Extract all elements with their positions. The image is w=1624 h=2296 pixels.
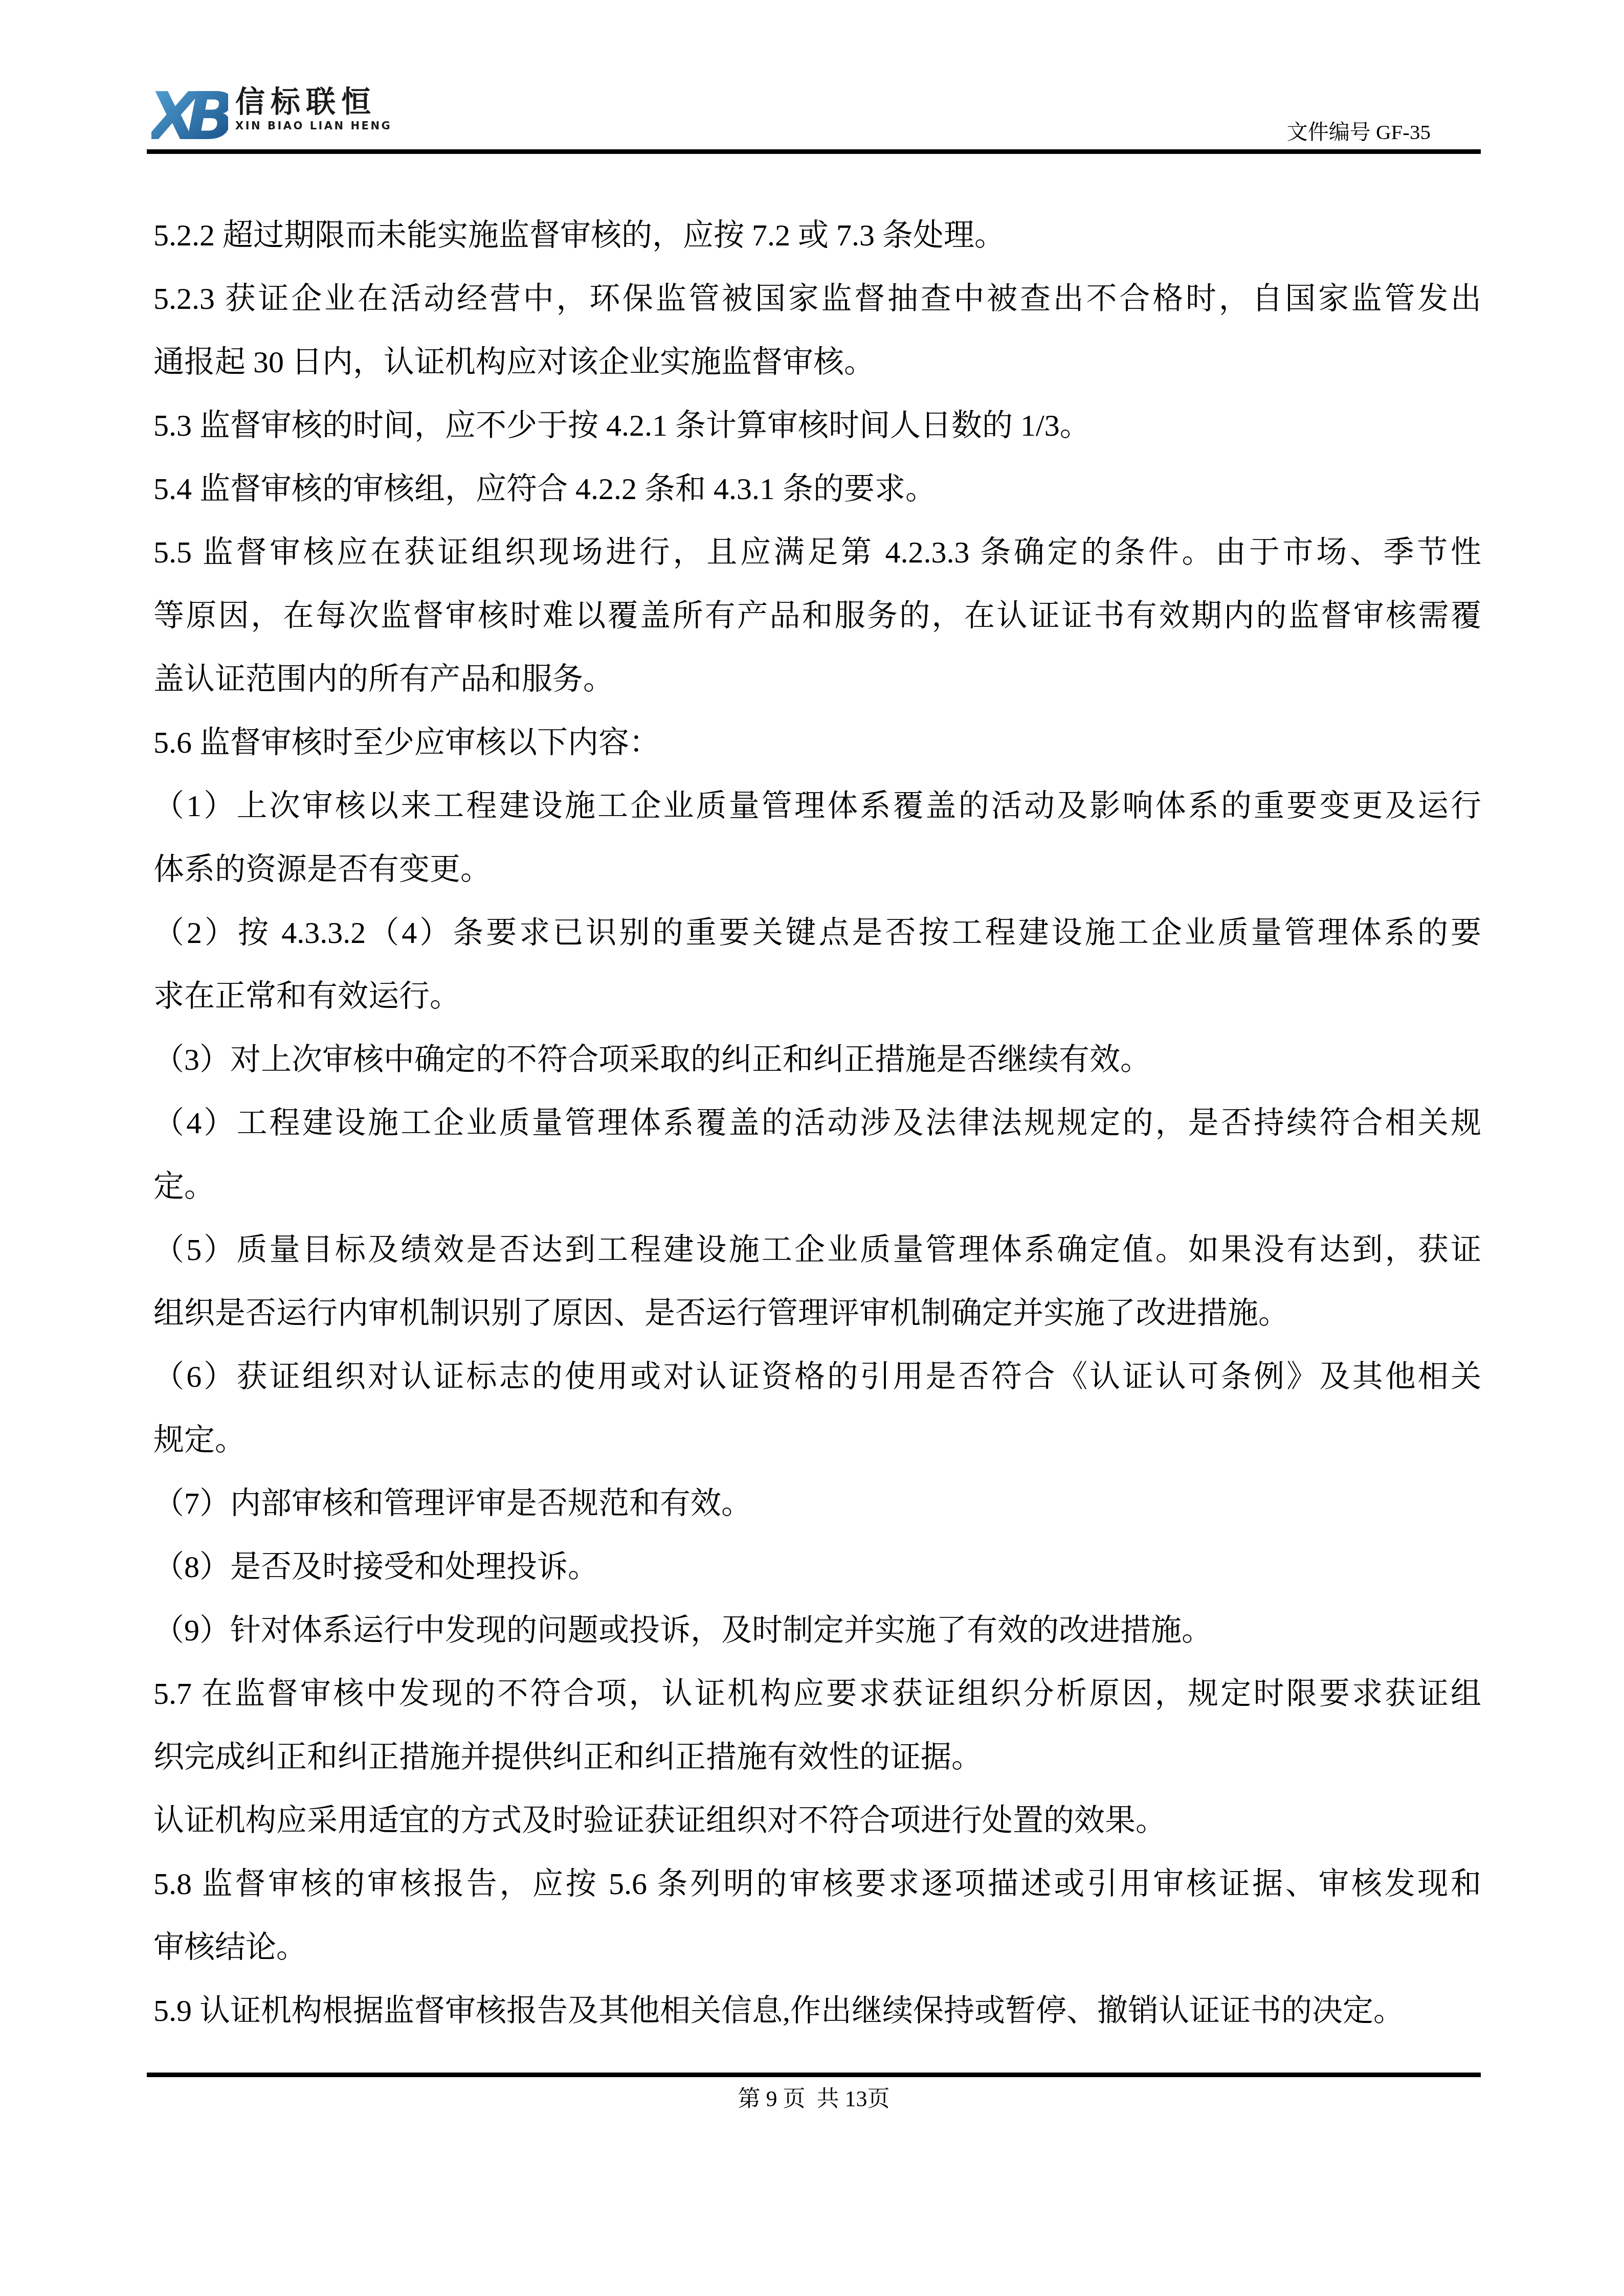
logo-chinese-name: 信标联恒	[235, 86, 392, 118]
paragraph: 5.6 监督审核时至少应审核以下内容：	[153, 711, 1481, 774]
paragraph: （2）按 4.3.3.2（4）条要求已识别的重要关键点是否按工程建设施工企业质量…	[153, 901, 1481, 1028]
svg-text:XB: XB	[151, 86, 228, 145]
text-line: （8）是否及时接受和处理投诉。	[153, 1535, 1481, 1599]
paragraph: （4）工程建设施工企业质量管理体系覆盖的活动涉及法律法规规定的，是否持续符合相关…	[153, 1091, 1481, 1218]
text-line: （2）按 4.3.3.2（4）条要求已识别的重要关键点是否按工程建设施工企业质量…	[153, 901, 1481, 964]
logo-english-name: XIN BIAO LIAN HENG	[235, 120, 392, 132]
text-line: （6）获证组织对认证标志的使用或对认证资格的引用是否符合《认证认可条例》及其他相…	[153, 1345, 1481, 1408]
text-line: （9）针对体系运行中发现的问题或投诉，及时制定并实施了有效的改进措施。	[153, 1599, 1481, 1662]
text-line: 定。	[153, 1155, 1481, 1218]
text-line: 规定。	[153, 1408, 1481, 1472]
text-line: 认证机构应采用适宜的方式及时验证获证组织对不符合项进行处置的效果。	[153, 1789, 1481, 1852]
text-line: 5.7 在监督审核中发现的不符合项，认证机构应要求获证组织分析原因，规定时限要求…	[153, 1662, 1481, 1725]
document-number: 文件编号 GF-35	[1287, 121, 1431, 143]
text-line: 体系的资源是否有变更。	[153, 838, 1481, 901]
paragraph: （8）是否及时接受和处理投诉。	[153, 1535, 1481, 1599]
text-line: 等原因，在每次监督审核时难以覆盖所有产品和服务的，在认证证书有效期内的监督审核需…	[153, 584, 1481, 647]
text-line: 5.4 监督审核的审核组，应符合 4.2.2 条和 4.3.1 条的要求。	[153, 457, 1481, 521]
text-line: 组织是否运行内审机制识别了原因、是否运行管理评审机制确定并实施了改进措施。	[153, 1281, 1481, 1345]
xb-logo-icon: XB	[151, 86, 228, 145]
paragraph: （3）对上次审核中确定的不符合项采取的纠正和纠正措施是否继续有效。	[153, 1028, 1481, 1091]
text-line: 求在正常和有效运行。	[153, 964, 1481, 1028]
paragraph: （1）上次审核以来工程建设施工企业质量管理体系覆盖的活动及影响体系的重要变更及运…	[153, 774, 1481, 901]
paragraph: 5.8 监督审核的审核报告，应按 5.6 条列明的审核要求逐项描述或引用审核证据…	[153, 1852, 1481, 1979]
paragraph: 5.2.3 获证企业在活动经营中，环保监管被国家监督抽查中被查出不合格时，自国家…	[153, 267, 1481, 394]
paragraph: （6）获证组织对认证标志的使用或对认证资格的引用是否符合《认证认可条例》及其他相…	[153, 1345, 1481, 1472]
text-line: 5.3 监督审核的时间，应不少于按 4.2.1 条计算审核时间人日数的 1/3。	[153, 394, 1481, 457]
text-line: 5.6 监督审核时至少应审核以下内容：	[153, 711, 1481, 774]
logo-text-block: 信标联恒 XIN BIAO LIAN HENG	[235, 86, 392, 132]
text-line: 5.5 监督审核应在获证组织现场进行，且应满足第 4.2.3.3 条确定的条件。…	[153, 521, 1481, 584]
text-line: 5.2.2 超过期限而未能实施监督审核的，应按 7.2 或 7.3 条处理。	[153, 204, 1481, 267]
text-line: 5.2.3 获证企业在活动经营中，环保监管被国家监督抽查中被查出不合格时，自国家…	[153, 267, 1481, 330]
paragraph: 5.9 认证机构根据监督审核报告及其他相关信息,作出继续保持或暂停、撤销认证证书…	[153, 1979, 1481, 2042]
paragraph: （5）质量目标及绩效是否达到工程建设施工企业质量管理体系确定值。如果没有达到，获…	[153, 1218, 1481, 1345]
document-body: 5.2.2 超过期限而未能实施监督审核的，应按 7.2 或 7.3 条处理。5.…	[153, 204, 1481, 2042]
document-page: XB 信标联恒 XIN BIAO LIAN HENG 文件编号 GF-35 5.…	[0, 0, 1624, 2296]
header-divider	[147, 149, 1481, 154]
text-line: 盖认证范围内的所有产品和服务。	[153, 647, 1481, 711]
text-line: 5.9 认证机构根据监督审核报告及其他相关信息,作出继续保持或暂停、撤销认证证书…	[153, 1979, 1481, 2042]
text-line: （1）上次审核以来工程建设施工企业质量管理体系覆盖的活动及影响体系的重要变更及运…	[153, 774, 1481, 838]
paragraph: 5.2.2 超过期限而未能实施监督审核的，应按 7.2 或 7.3 条处理。	[153, 204, 1481, 267]
text-line: 审核结论。	[153, 1916, 1481, 1979]
footer-divider	[147, 2073, 1481, 2077]
text-line: 通报起 30 日内，认证机构应对该企业实施监督审核。	[153, 330, 1481, 394]
text-line: （4）工程建设施工企业质量管理体系覆盖的活动涉及法律法规规定的，是否持续符合相关…	[153, 1091, 1481, 1155]
text-line: （3）对上次审核中确定的不符合项采取的纠正和纠正措施是否继续有效。	[153, 1028, 1481, 1091]
paragraph: 认证机构应采用适宜的方式及时验证获证组织对不符合项进行处置的效果。	[153, 1789, 1481, 1852]
paragraph: 5.7 在监督审核中发现的不符合项，认证机构应要求获证组织分析原因，规定时限要求…	[153, 1662, 1481, 1789]
page-number: 第 9 页 共 13页	[147, 2085, 1481, 2113]
text-line: 织完成纠正和纠正措施并提供纠正和纠正措施有效性的证据。	[153, 1725, 1481, 1789]
paragraph: 5.3 监督审核的时间，应不少于按 4.2.1 条计算审核时间人日数的 1/3。	[153, 394, 1481, 457]
paragraph: （9）针对体系运行中发现的问题或投诉，及时制定并实施了有效的改进措施。	[153, 1599, 1481, 1662]
paragraph: （7）内部审核和管理评审是否规范和有效。	[153, 1472, 1481, 1535]
company-logo: XB 信标联恒 XIN BIAO LIAN HENG	[151, 86, 392, 145]
text-line: （5）质量目标及绩效是否达到工程建设施工企业质量管理体系确定值。如果没有达到，获…	[153, 1218, 1481, 1281]
paragraph: 5.4 监督审核的审核组，应符合 4.2.2 条和 4.3.1 条的要求。	[153, 457, 1481, 521]
text-line: 5.8 监督审核的审核报告，应按 5.6 条列明的审核要求逐项描述或引用审核证据…	[153, 1852, 1481, 1916]
text-line: （7）内部审核和管理评审是否规范和有效。	[153, 1472, 1481, 1535]
paragraph: 5.5 监督审核应在获证组织现场进行，且应满足第 4.2.3.3 条确定的条件。…	[153, 521, 1481, 711]
